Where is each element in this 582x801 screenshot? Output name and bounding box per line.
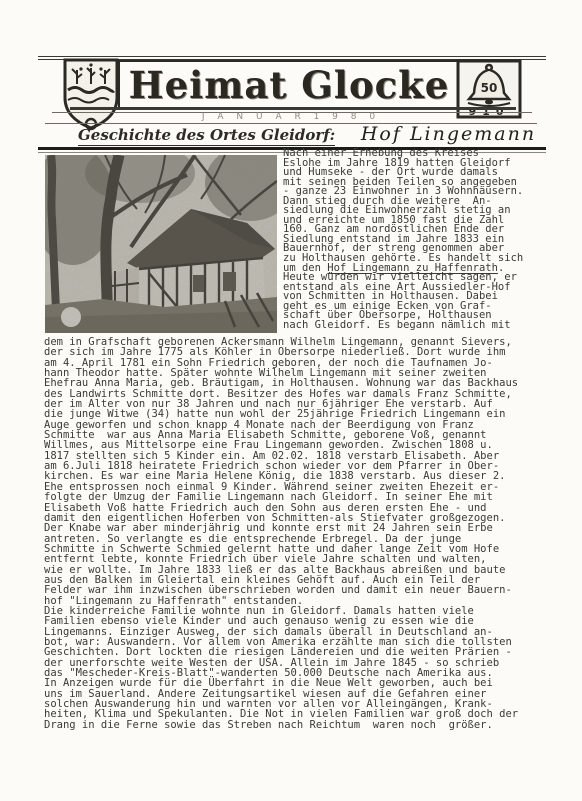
- heading-topic: Hof Lingemann: [361, 123, 536, 145]
- text-line: folgte der Umzug der Familie Lingemann n…: [44, 492, 552, 502]
- antler-branches: [72, 68, 110, 84]
- issue-number: 50: [481, 81, 498, 95]
- text-line: nach Gleidorf. Es begann nämlich mit: [283, 321, 551, 331]
- heading-script: Geschichte des Ortes Gleidorf:: [78, 126, 335, 146]
- masthead-bottom-rule: [70, 107, 516, 110]
- article-column-text: Nach einer Erhebung des KreisesEslohe im…: [283, 149, 551, 330]
- scanned-newsletter-page: Heimat Glocke 50 910 J A N U A R 1 9 8 0…: [0, 0, 582, 801]
- farmhouse-photo: [45, 155, 277, 333]
- text-line: Drang in die Ferne sowie das Streben nac…: [44, 720, 552, 730]
- text-line: entfernt lebte, konnte Friedrich über vi…: [44, 554, 552, 564]
- article-body-text: dem in Grafschaft geborenen Ackersmann W…: [44, 337, 552, 730]
- newsletter-title: Heimat Glocke: [129, 63, 450, 107]
- masthead-title-box: Heimat Glocke: [118, 60, 460, 110]
- issue-date: J A N U A R 1 9 8 0: [0, 112, 582, 122]
- article-heading: Geschichte des Ortes Gleidorf: Hof Linge…: [78, 123, 536, 145]
- text-line: Der Knabe war aber minderjährig und konn…: [44, 523, 552, 533]
